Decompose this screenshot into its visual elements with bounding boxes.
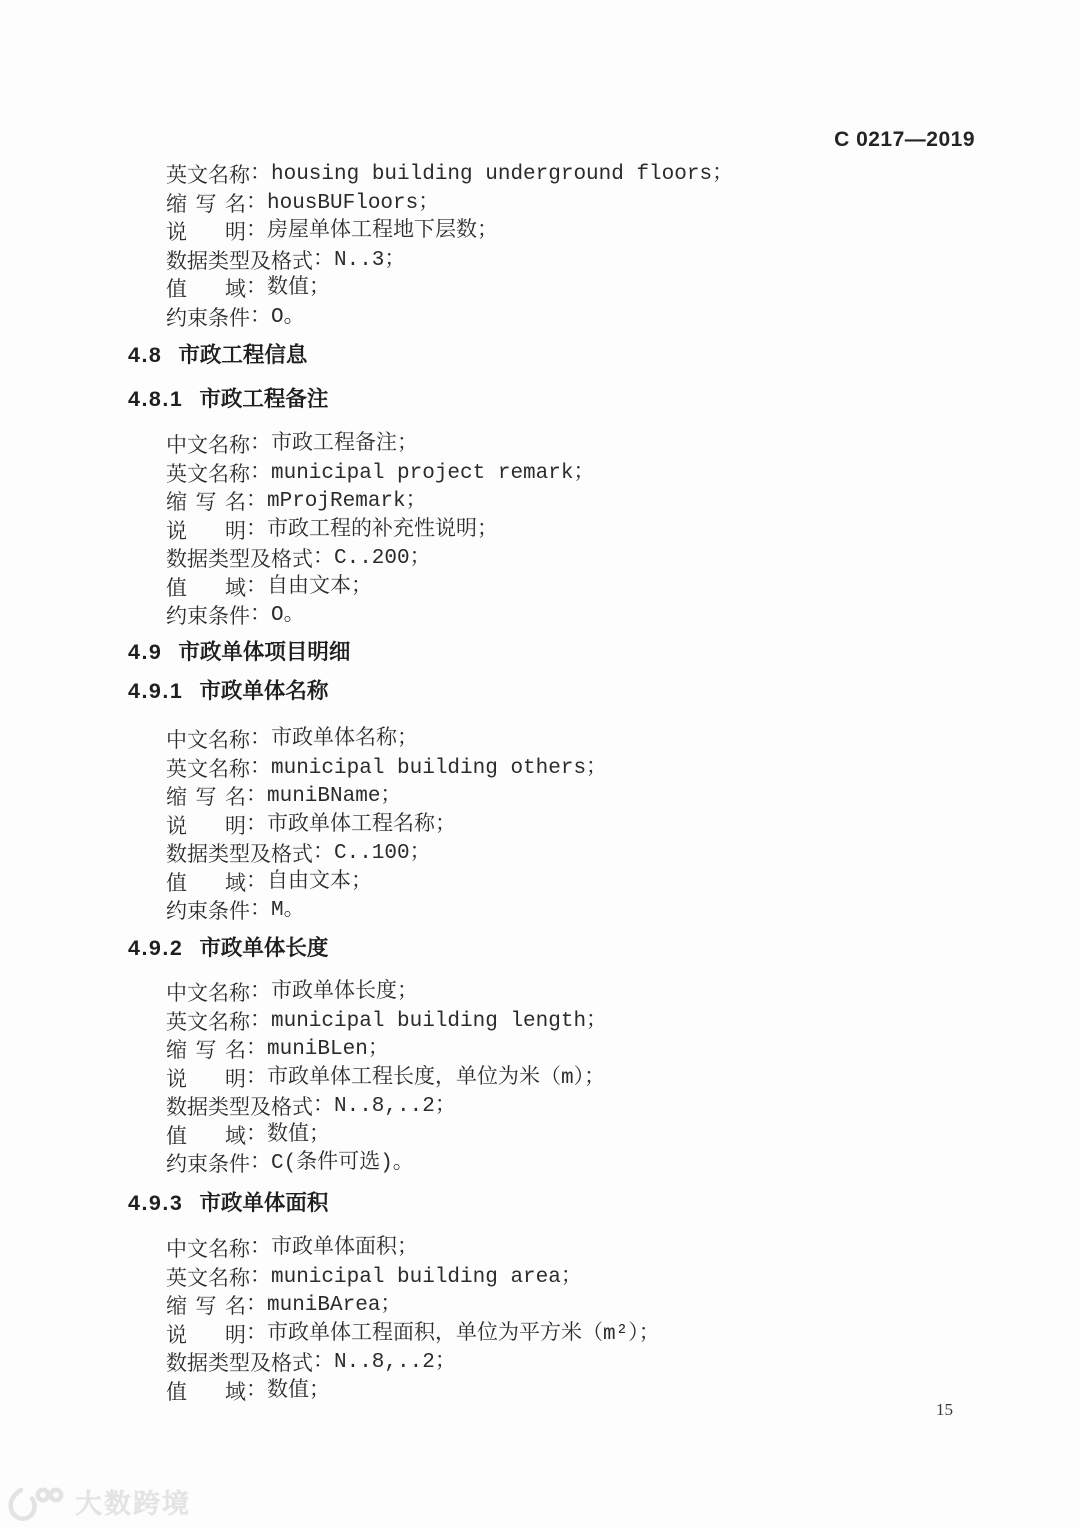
field-line: 中文名称：市政单体面积； [166, 1232, 660, 1261]
field-label: 值域 [166, 1122, 246, 1151]
field-value: muniBArea； [267, 1294, 401, 1317]
field-label: 英文名称 [166, 1008, 250, 1037]
field-value: 自由文本； [267, 576, 372, 599]
field-line: 数据类型及格式：N..3； [166, 244, 733, 273]
field-line: 值域：自由文本； [166, 571, 594, 600]
field-value: 市政单体长度； [271, 981, 418, 1004]
field-colon: ： [246, 1119, 267, 1148]
field-line: 说明：市政单体工程长度，单位为米（m）； [166, 1062, 607, 1091]
field-value: 数值； [267, 277, 330, 300]
field-label: 缩写名 [166, 1292, 246, 1321]
field-label: 缩写名 [166, 488, 246, 517]
field-line: 英文名称：municipal building others； [166, 752, 607, 781]
field-line: 说明：市政工程的补充性说明； [166, 514, 594, 543]
field-line: 约束条件：M。 [166, 894, 607, 923]
section-heading-4.8: 4.8市政工程信息 [128, 344, 307, 367]
section-heading-4.9.3: 4.9.3市政单体面积 [128, 1192, 328, 1215]
field-colon: ： [313, 1090, 334, 1119]
field-label: 值域 [166, 275, 246, 304]
field-line: 中文名称：市政单体名称； [166, 723, 607, 752]
field-value: municipal project remark； [271, 462, 594, 485]
field-colon: ： [246, 1375, 267, 1404]
field-colon: ： [313, 244, 334, 273]
field-colon: ： [246, 485, 267, 514]
watermark: 大数跨境 [6, 1485, 191, 1523]
field-colon: ： [313, 837, 334, 866]
field-colon: ： [246, 187, 267, 216]
field-colon: ： [250, 1005, 271, 1034]
field-block: 中文名称：市政单体长度；英文名称：municipal building leng… [166, 976, 607, 1176]
field-colon: ： [246, 1318, 267, 1347]
field-colon: ： [250, 723, 271, 752]
field-line: 中文名称：市政工程备注； [166, 428, 594, 457]
field-label: 英文名称 [166, 1264, 250, 1293]
field-colon: ： [246, 571, 267, 600]
field-label: 值域 [166, 1378, 246, 1407]
dashukuajing-logo-icon [6, 1485, 68, 1523]
field-label: 约束条件 [166, 897, 250, 926]
field-line: 缩写名：housBUFloors； [166, 187, 733, 216]
field-block: 中文名称：市政单体面积；英文名称：municipal building area… [166, 1232, 660, 1403]
field-colon: ： [250, 1232, 271, 1261]
field-colon: ： [246, 1062, 267, 1091]
field-value: 房屋单体工程地下层数； [267, 220, 498, 243]
field-line: 英文名称：housing building underground floors… [166, 158, 733, 187]
field-line: 值域：数值； [166, 272, 733, 301]
field-line: 英文名称：municipal building area； [166, 1261, 660, 1290]
field-label: 数据类型及格式 [166, 247, 313, 276]
field-line: 约束条件：O。 [166, 599, 594, 628]
field-line: 值域：数值； [166, 1119, 607, 1148]
field-colon: ： [246, 1033, 267, 1062]
field-line: 缩写名：mProjRemark； [166, 485, 594, 514]
field-block: 英文名称：housing building underground floors… [166, 158, 733, 329]
field-value: C..100； [334, 842, 431, 865]
field-value: M。 [271, 899, 305, 922]
field-value: 市政工程备注； [271, 433, 418, 456]
field-value: N..8,..2； [334, 1351, 456, 1374]
field-line: 数据类型及格式：C..200； [166, 542, 594, 571]
field-colon: ： [250, 976, 271, 1005]
heading-title: 市政单体面积 [199, 1191, 328, 1215]
field-line: 英文名称：municipal project remark； [166, 457, 594, 486]
field-value: mProjRemark； [267, 490, 427, 513]
heading-title: 市政单体长度 [199, 936, 328, 960]
field-value: muniBName； [267, 785, 401, 808]
field-label: 数据类型及格式 [166, 545, 313, 574]
field-value: muniBLen； [267, 1038, 389, 1061]
field-line: 数据类型及格式：N..8,..2； [166, 1090, 607, 1119]
heading-title: 市政工程信息 [178, 343, 307, 367]
watermark-text: 大数跨境 [75, 1491, 191, 1518]
field-value: N..8,..2； [334, 1095, 456, 1118]
field-colon: ： [246, 514, 267, 543]
field-line: 数据类型及格式：C..100； [166, 837, 607, 866]
field-label: 说明 [166, 1321, 246, 1350]
field-block: 中文名称：市政单体名称；英文名称：municipal building othe… [166, 723, 607, 923]
field-line: 约束条件：C(条件可选)。 [166, 1147, 607, 1176]
section-heading-4.9: 4.9市政单体项目明细 [128, 641, 350, 664]
field-colon: ： [246, 809, 267, 838]
page-number: 15 [936, 1401, 953, 1418]
field-colon: ： [250, 1147, 271, 1176]
section-heading-4.9.2: 4.9.2市政单体长度 [128, 937, 328, 960]
field-line: 缩写名：muniBLen； [166, 1033, 607, 1062]
field-label: 缩写名 [166, 783, 246, 812]
field-colon: ： [313, 1346, 334, 1375]
field-label: 说明 [166, 517, 246, 546]
field-value: N..3； [334, 249, 405, 272]
field-label: 数据类型及格式 [166, 1349, 313, 1378]
field-label: 说明 [166, 218, 246, 247]
heading-number: 4.8 [128, 343, 162, 367]
heading-title: 市政工程备注 [199, 387, 328, 411]
field-value: 数值； [267, 1124, 330, 1147]
field-label: 英文名称 [166, 460, 250, 489]
field-label: 英文名称 [166, 755, 250, 784]
field-value: 市政单体工程长度，单位为米（m）； [267, 1067, 605, 1090]
field-label: 说明 [166, 812, 246, 841]
field-colon: ： [250, 1261, 271, 1290]
field-value: 数值； [267, 1380, 330, 1403]
field-value: C(条件可选)。 [271, 1152, 414, 1175]
field-label: 缩写名 [166, 190, 246, 219]
field-colon: ： [250, 457, 271, 486]
field-colon: ： [250, 428, 271, 457]
field-line: 缩写名：muniBArea； [166, 1289, 660, 1318]
field-value: 市政单体名称； [271, 728, 418, 751]
heading-number: 4.8.1 [128, 387, 183, 411]
field-value: municipal building area； [271, 1266, 582, 1289]
field-value: O。 [271, 306, 305, 329]
field-colon: ： [250, 158, 271, 187]
field-colon: ： [313, 542, 334, 571]
field-label: 中文名称 [166, 1235, 250, 1264]
field-line: 值域：自由文本； [166, 866, 607, 895]
field-colon: ： [246, 272, 267, 301]
document-page: C 0217—2019 英文名称：housing building underg… [0, 0, 1080, 1527]
field-line: 说明：市政单体工程名称； [166, 809, 607, 838]
section-heading-4.9.1: 4.9.1市政单体名称 [128, 680, 328, 703]
field-line: 约束条件：O。 [166, 301, 733, 330]
field-colon: ： [250, 752, 271, 781]
heading-number: 4.9.2 [128, 936, 183, 960]
field-value: municipal building length； [271, 1010, 607, 1033]
heading-title: 市政单体项目明细 [178, 640, 350, 664]
field-line: 说明：房屋单体工程地下层数； [166, 215, 733, 244]
field-label: 数据类型及格式 [166, 1093, 313, 1122]
field-colon: ： [246, 215, 267, 244]
field-label: 值域 [166, 869, 246, 898]
heading-number: 4.9.3 [128, 1191, 183, 1215]
field-line: 值域：数值； [166, 1375, 660, 1404]
field-block: 中文名称：市政工程备注；英文名称：municipal project remar… [166, 428, 594, 628]
field-value: housing building underground floors； [271, 163, 733, 186]
section-heading-4.8.1: 4.8.1市政工程备注 [128, 388, 328, 411]
field-colon: ： [250, 599, 271, 628]
field-label: 中文名称 [166, 726, 250, 755]
field-value: 市政工程的补充性说明； [267, 519, 498, 542]
field-label: 数据类型及格式 [166, 840, 313, 869]
field-value: C..200； [334, 547, 431, 570]
field-label: 约束条件 [166, 304, 250, 333]
field-value: O。 [271, 604, 305, 627]
field-label: 中文名称 [166, 431, 250, 460]
field-value: 自由文本； [267, 871, 372, 894]
field-label: 约束条件 [166, 1150, 250, 1179]
heading-title: 市政单体名称 [199, 679, 328, 703]
field-line: 数据类型及格式：N..8,..2； [166, 1346, 660, 1375]
heading-number: 4.9.1 [128, 679, 183, 703]
field-label: 值域 [166, 574, 246, 603]
field-line: 中文名称：市政单体长度； [166, 976, 607, 1005]
field-label: 英文名称 [166, 161, 250, 190]
field-label: 约束条件 [166, 602, 250, 631]
field-colon: ： [250, 894, 271, 923]
field-value: 市政单体工程名称； [267, 814, 456, 837]
field-value: 市政单体面积； [271, 1237, 418, 1260]
heading-number: 4.9 [128, 640, 162, 664]
document-code: C 0217—2019 [834, 129, 975, 150]
field-colon: ： [246, 780, 267, 809]
field-label: 中文名称 [166, 979, 250, 1008]
field-colon: ： [250, 301, 271, 330]
field-label: 缩写名 [166, 1036, 246, 1065]
field-colon: ： [246, 1289, 267, 1318]
field-colon: ： [246, 866, 267, 895]
field-label: 说明 [166, 1065, 246, 1094]
field-value: 市政单体工程面积，单位为平方米（m²）； [267, 1323, 660, 1346]
field-value: housBUFloors； [267, 192, 439, 215]
field-value: municipal building others； [271, 757, 607, 780]
field-line: 英文名称：municipal building length； [166, 1005, 607, 1034]
field-line: 缩写名：muniBName； [166, 780, 607, 809]
field-line: 说明：市政单体工程面积，单位为平方米（m²）； [166, 1318, 660, 1347]
